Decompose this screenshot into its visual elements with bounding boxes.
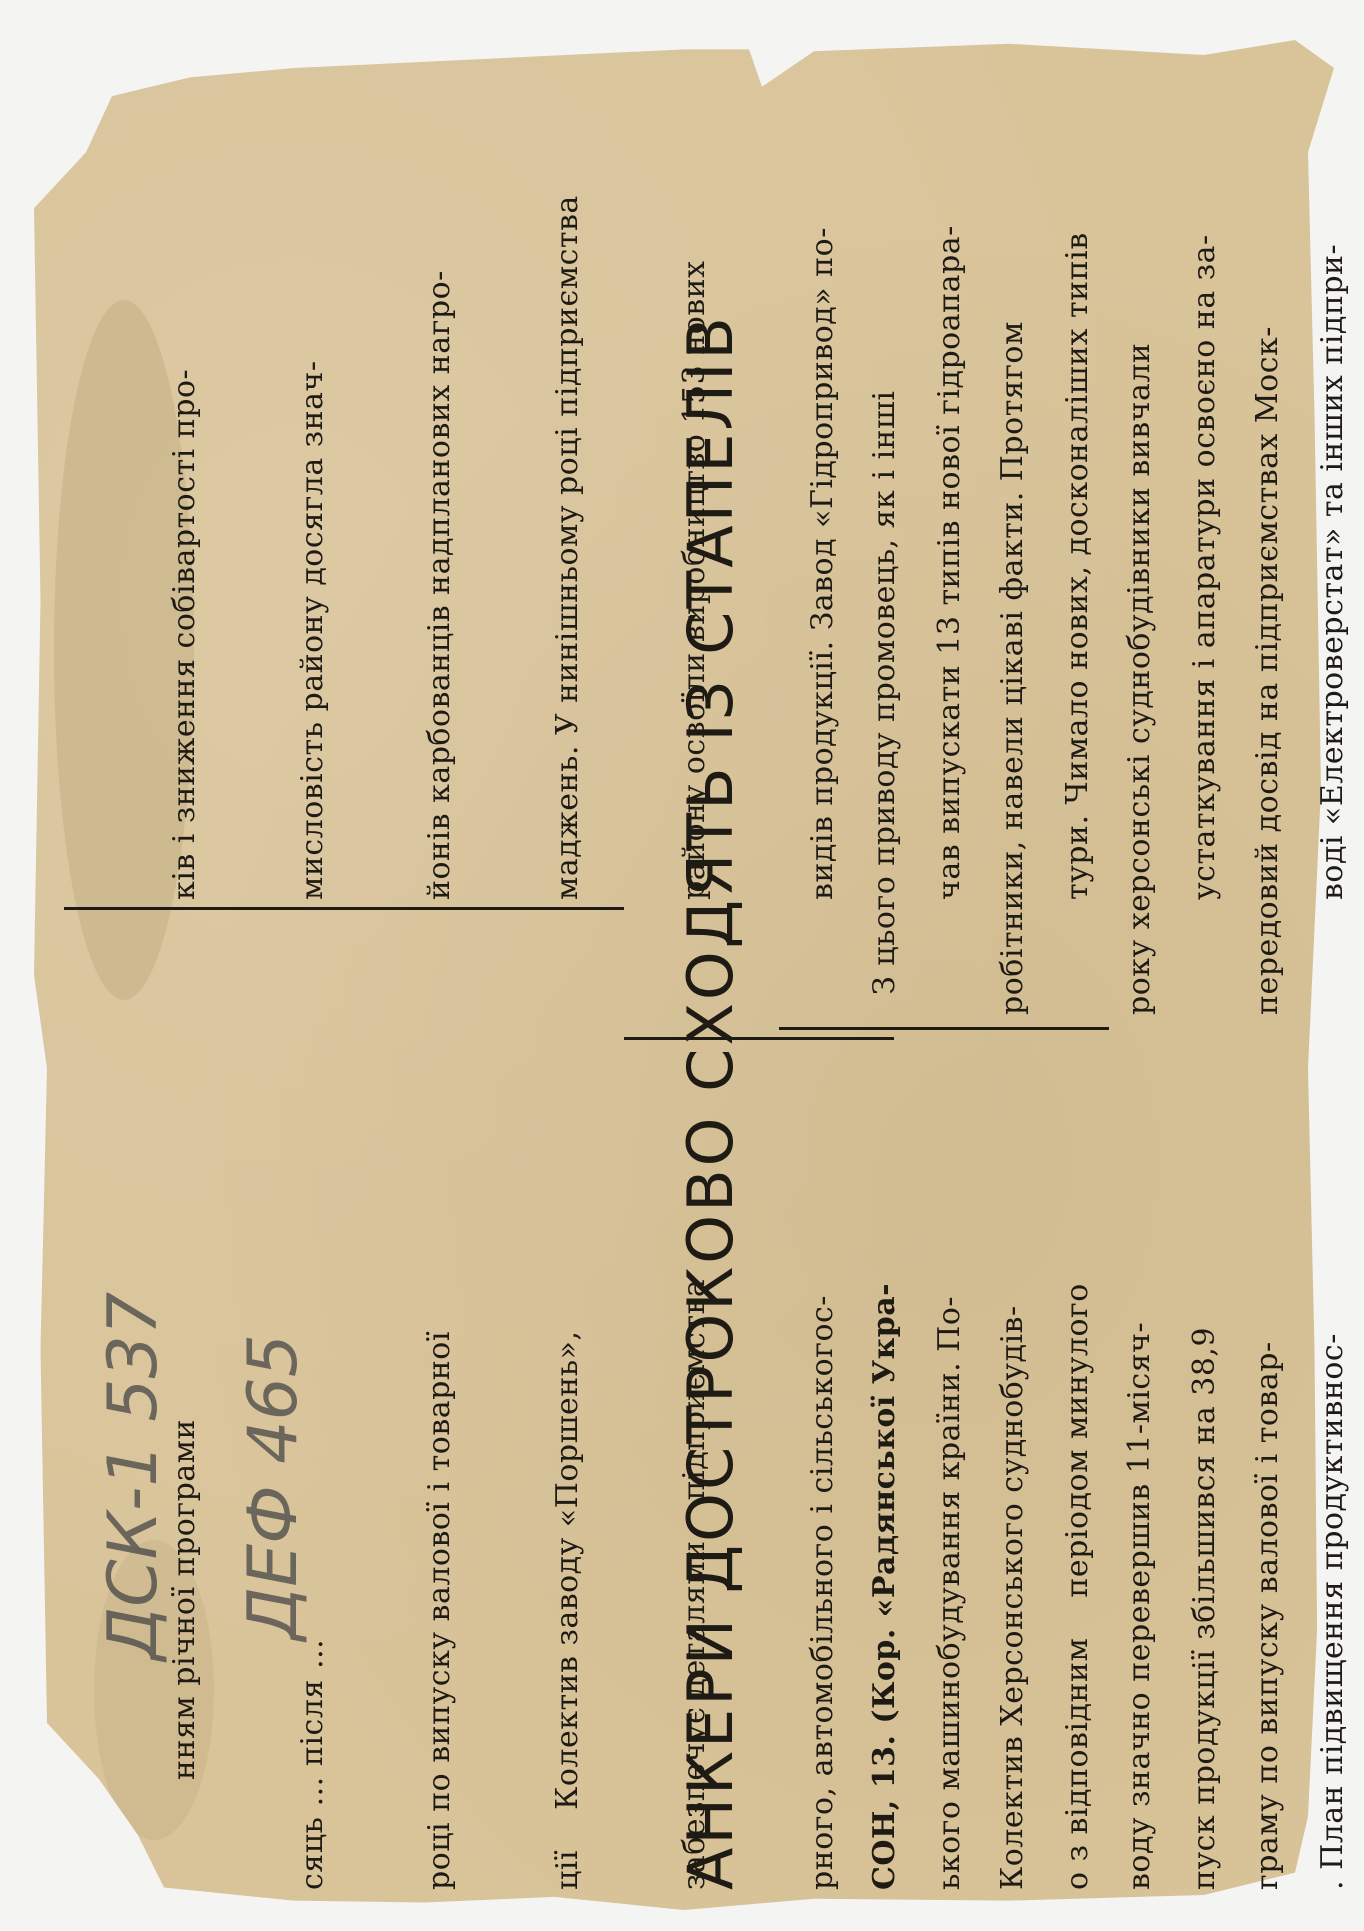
text-line: маджень. У нинішньому році підприємства	[547, 195, 590, 900]
pencil-annotation-line2: ДЕФ 465	[234, 1334, 313, 1640]
article-headline: АНКЕРИ ДОСТРОКОВО СХОДЯТЬ ІЗ СТАПЕЛІВ	[674, 314, 747, 1890]
text-line: ції Колектив заводу «Поршень»,	[547, 1279, 590, 1890]
text-line: воду значно перевершив 11-місяч-	[1119, 1283, 1162, 1890]
clipping-content: нням річної програми сяць … після … році…	[34, 40, 1334, 1910]
text-line: Колектив Херсонського суднобудів-	[992, 1283, 1035, 1890]
column-bottom-left: СОН, 13. (Кор. «Радянської Укра- Колекти…	[779, 1283, 1364, 1890]
pencil-annotation-line1: ДСК-1 537	[94, 1292, 173, 1660]
text-line: йонів карбованців надпланових нагро-	[419, 195, 462, 900]
text-line: робітники, навели цікаві факти. Протягом	[992, 321, 1035, 1015]
column-divider	[779, 1027, 1109, 1030]
column-bottom-right: З цього приводу промовець, як і інші роб…	[779, 321, 1364, 1015]
text-line: передовий досвід на підприємствах Моск-	[1247, 321, 1290, 1015]
text-line: мисловість району досягла знач-	[292, 195, 335, 900]
column-divider	[64, 907, 624, 910]
text-line: році по випуску валової і товарної	[419, 1279, 462, 1890]
text-line: ків і зниження собівартості про-	[164, 195, 207, 900]
text-line: З цього приводу промовець, як і інші	[864, 321, 907, 1015]
separator-rule	[624, 1037, 894, 1040]
text-line: року херсонські суднобудівники вивчали	[1119, 321, 1162, 1015]
text-line: граму по випуску валової і товар-	[1247, 1283, 1290, 1890]
text-line: СОН, 13. (Кор. «Радянської Укра-	[864, 1283, 907, 1890]
